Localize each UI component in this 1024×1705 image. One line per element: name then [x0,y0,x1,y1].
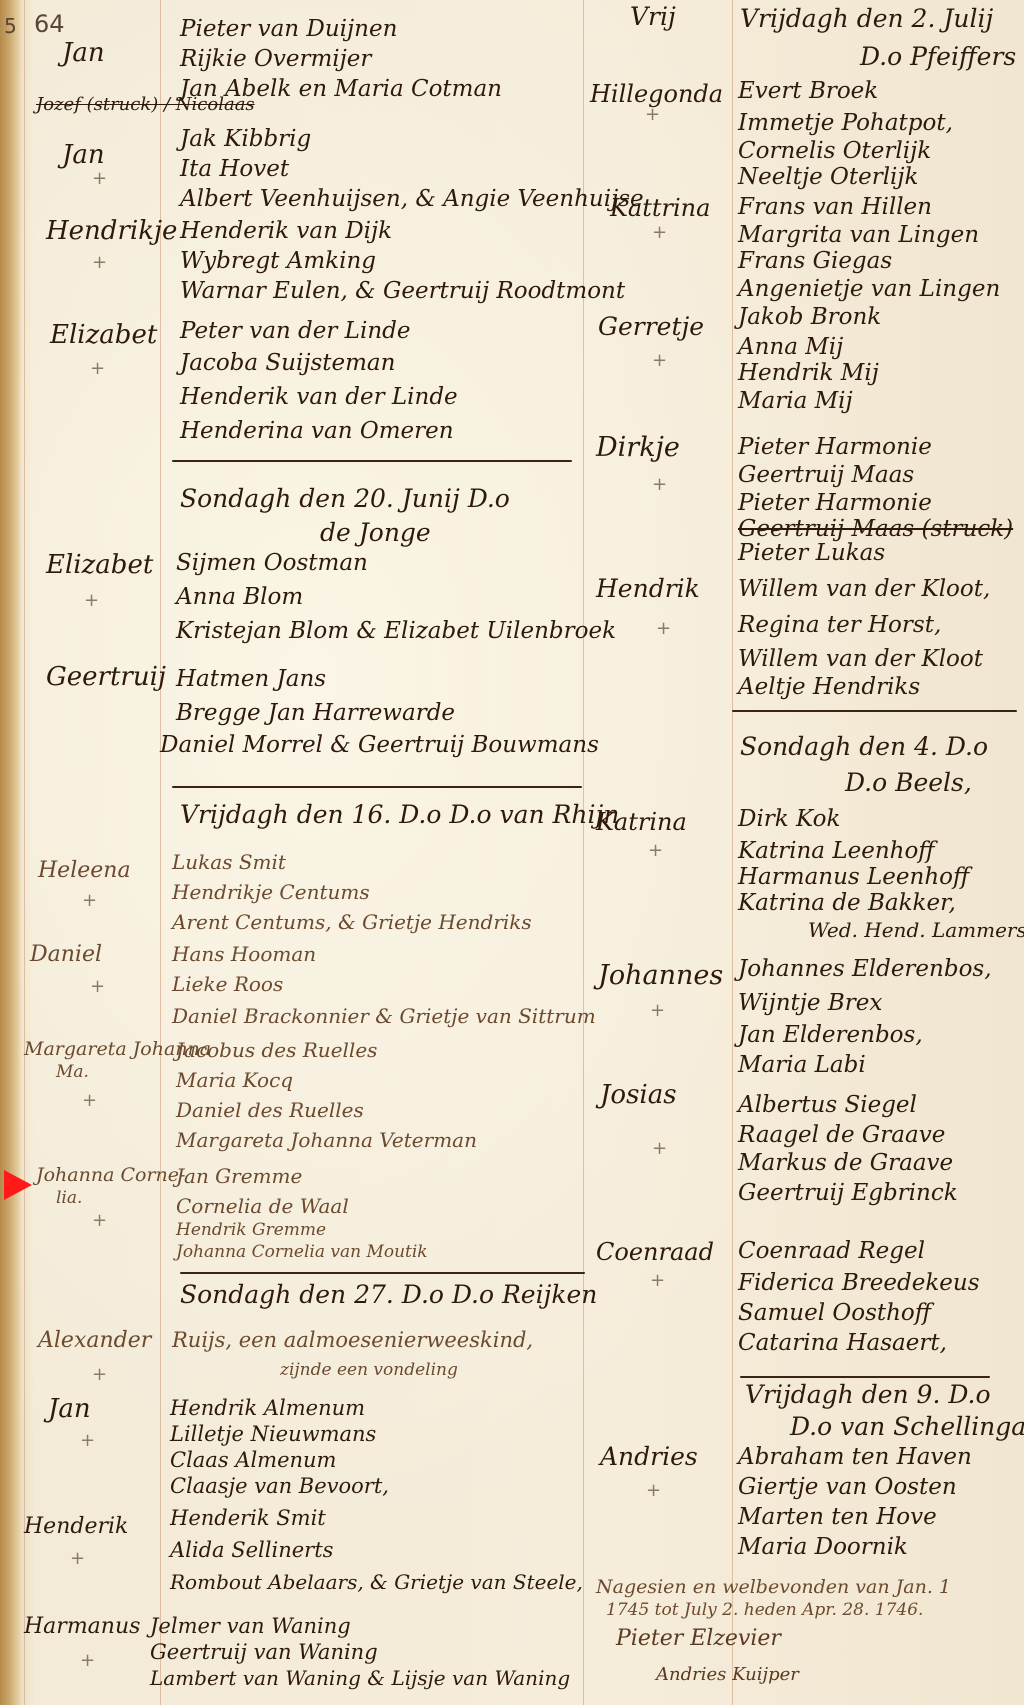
child-name: Gerretje [598,314,704,339]
sponsor: Samuel Oosthoff [738,1302,931,1325]
child-name: Elizabet [46,552,153,578]
sponsor: Frans Giegas [738,250,892,273]
sponsor: Pieter Lukas [738,542,885,565]
deceased-cross-icon: + [80,1650,95,1671]
sponsor: Katrina de Bakker, [738,892,956,915]
child-name: Kattrina [610,196,710,220]
sponsor: Warnar Eulen, & Geertruij Roodtmont [180,280,625,303]
deceased-cross-icon: + [84,590,99,611]
child-name: Coenraad [596,1240,714,1264]
sponsor: Wijntje Brex [738,992,882,1015]
sponsor: Frans van Hillen [738,196,932,219]
deceased-cross-icon: + [82,1090,97,1111]
sponsor: Maria Labi [738,1054,866,1077]
register-page: 5 64 Vrij Vrijdagh den 2. Julij D.o Pfei… [0,0,1024,1705]
sponsor: Cornelis Oterlijk [738,140,931,163]
child-name: Harmanus [24,1616,140,1638]
sponsor: Jacobus des Ruelles [176,1040,377,1060]
sponsor: Jakob Bronk [738,306,881,329]
heading-sondag-4: Sondagh den 4. D.o [740,734,988,759]
sponsor: Maria Kocq [176,1070,293,1090]
deceased-cross-icon: + [652,474,667,495]
column-rule-left [160,0,161,1705]
heading-minister-pfeiffers: D.o Pfeiffers [860,44,1016,69]
sponsor: Henderik van der Linde [180,386,458,409]
margin-rule-outer [24,0,25,1705]
sponsor: Jelmer van Waning [150,1616,351,1637]
deceased-cross-icon: + [650,1270,665,1291]
sponsor: Marten ten Hove [738,1506,937,1529]
deceased-cross-icon: + [92,252,107,273]
child-name: Jan [48,1396,91,1422]
sponsor: Willem van der Kloot, [738,578,990,601]
deceased-cross-icon: + [648,840,663,861]
sponsor: Kristejan Blom & Elizabet Uilenbroek [176,620,616,643]
sponsor: Hendrik Mij [738,362,879,385]
section-divider [172,460,572,462]
heading-minister-de-jonge: de Jonge [320,520,431,545]
sponsor: Pieter Harmonie [738,492,932,515]
sponsor: Lambert van Waning & Lijsje van Waning [150,1668,570,1688]
child-name: Johannes [598,962,723,989]
sponsor: Fiderica Breedekeus [738,1272,980,1295]
sponsor: Immetje Pohatpot, [738,112,953,135]
sponsor: Hatmen Jans [176,668,326,691]
deceased-cross-icon: + [80,1430,95,1451]
sponsor: Alida Sellinerts [170,1540,333,1561]
book-binding [0,0,22,1705]
sponsor: Ruijs, een aalmoesenierweeskind, [172,1330,533,1351]
child-name: Elizabet [50,322,157,348]
section-divider [180,1272,585,1274]
page-number: 64 [34,10,65,38]
sponsor: Giertje van Oosten [738,1476,957,1499]
sponsor: Henderik Smit [170,1508,326,1529]
sponsor: Pieter Harmonie [738,436,932,459]
sponsor: Dirk Kok [738,808,840,831]
sponsor: Daniel Morrel & Geertruij Bouwmans [160,734,599,757]
child-name: Heleena [38,860,131,882]
sponsor: Rijkie Overmijer [180,48,371,71]
child-name: Katrina [596,810,687,834]
sponsor: Anna Blom [176,586,303,609]
sponsor: Margrita van Lingen [738,224,979,247]
sponsor: Albertus Siegel [738,1094,917,1117]
sponsor: Geertruij Maas [738,464,914,487]
sponsor: Catarina Hasaert, [738,1332,947,1355]
deceased-cross-icon: + [70,1548,85,1569]
child-name: Hillegonda [590,82,723,106]
section-divider [172,786,582,788]
child-name: Henderik [24,1516,128,1538]
heading-vrijdag-16: Vrijdagh den 16. D.o D.o van Rhijn [180,802,619,827]
sponsor: Maria Mij [738,390,853,413]
section-divider [740,1376,990,1378]
child-name: Dirkje [596,434,680,461]
column-rule-right [732,0,733,1705]
child-name: Hendrik [596,576,700,601]
child-name: Andries [600,1444,698,1469]
audit-note-line2: 1745 tot July 2. heden Apr. 28. 1746. [606,1602,923,1619]
deceased-cross-icon: + [645,104,660,125]
sponsor: Wybregt Amking [180,250,376,273]
heading-minister-van-schellinga: D.o van Schellinga [790,1414,1024,1439]
sponsor: Johannes Elderenbos, [738,958,992,981]
heading-sondag-27: Sondagh den 27. D.o D.o Reijken [180,1282,597,1307]
sponsor: Peter van der Linde [180,320,410,343]
deceased-cross-icon: + [652,350,667,371]
deceased-cross-icon: + [90,358,105,379]
sponsor-note: Wed. Hend. Lammers [808,920,1024,940]
sponsor: Coenraad Regel [738,1240,925,1263]
sponsor: zijnde een vondeling [280,1362,458,1379]
sponsor: Daniel Brackonnier & Grietje van Sittrum [172,1006,596,1026]
sponsor: Maria Doornik [738,1536,908,1559]
sponsor: Angenietje van Lingen [738,278,1000,301]
child-name-continued: Ma. [56,1064,89,1081]
sponsor: Hendrik Gremme [176,1222,326,1239]
child-name-continued: lia. [56,1190,82,1207]
heading-minister-beels: D.o Beels, [845,770,972,795]
sponsor: Henderina van Omeren [180,420,454,443]
deceased-cross-icon: + [646,1480,661,1501]
sponsor: Claas Almenum [170,1450,336,1471]
deceased-cross-icon: + [656,618,671,639]
child-name: Jan [62,142,105,168]
deceased-cross-icon: + [92,1210,107,1231]
sponsor: Jacoba Suijsteman [180,352,395,375]
sponsor: Neeltje Oterlijk [738,166,919,189]
child-name: Jan [62,40,105,66]
sponsor: Jan Gremme [176,1166,302,1186]
sponsor: Ita Hovet [180,158,289,181]
sponsor: Henderik van Dijk [180,220,392,243]
sponsor: Hendrikje Centums [172,882,370,902]
sponsor: Daniel des Ruelles [176,1100,364,1120]
sponsor: Jak Kibbrig [180,128,311,151]
heading-sondag-20-junij: Sondagh den 20. Junij D.o [180,486,510,511]
sponsor: Aeltje Hendriks [738,676,920,699]
deceased-cross-icon: + [652,222,667,243]
sponsor: Hendrik Almenum [170,1398,365,1419]
deceased-cross-icon: + [82,890,97,911]
deceased-cross-icon: + [92,1364,107,1385]
sponsor: Evert Broek [738,80,878,103]
sponsor: Bregge Jan Harrewarde [176,702,455,725]
sponsor: Abraham ten Haven [738,1446,972,1469]
child-name: Geertruij [46,664,166,690]
sponsor: Lieke Roos [172,974,283,994]
sponsor: Anna Mij [738,336,843,359]
top-label: Vrij [630,4,676,29]
signature-2: Andries Kuijper [656,1666,799,1684]
section-divider [732,710,1017,712]
deceased-cross-icon: + [652,1138,667,1159]
signature-1: Pieter Elzevier [616,1628,781,1650]
sponsor: Sijmen Oostman [176,552,368,575]
sponsor: Albert Veenhuijsen, & Angie Veenhuijse [180,188,644,211]
sponsor: Katrina Leenhoff [738,840,935,863]
child-name: Alexander [38,1330,151,1352]
sponsor: Harmanus Leenhoff [738,866,969,889]
deceased-cross-icon: + [90,976,105,997]
child-name: Daniel [30,944,102,966]
sponsor: Raagel de Graave [738,1124,945,1147]
sponsor: Jan Elderenbos, [738,1024,923,1047]
sponsor: Regina ter Horst, [738,614,941,637]
sponsor: Jan Abelk en Maria Cotman [180,78,502,101]
sponsor: Lukas Smit [172,852,286,872]
child-name-highlighted: Johanna Corne- [36,1166,185,1185]
sponsor: Geertruij van Waning [150,1642,378,1663]
sponsor: Margareta Johanna Veterman [176,1130,477,1150]
deceased-cross-icon: + [92,168,107,189]
sponsor: Pieter van Duijnen [180,18,397,41]
heading-vrijdag-2-julij: Vrijdagh den 2. Julij [740,6,993,31]
sponsor: Markus de Graave [738,1152,953,1175]
sponsor: Willem van der Kloot [738,648,983,671]
sponsor: Geertruij Egbrinck [738,1182,958,1205]
heading-vrijdag-9: Vrijdagh den 9. D.o [745,1382,991,1407]
child-name: Hendrikje [46,218,177,244]
sponsor: Cornelia de Waal [176,1196,349,1216]
sponsor-struck: Geertruij Maas (struck) [738,518,1013,541]
sponsor: Hans Hooman [172,944,316,964]
audit-note-line1: Nagesien en welbevonden van Jan. 1 [596,1578,951,1597]
sponsor: Johanna Cornelia van Moutik [176,1244,428,1261]
child-name: Josias [600,1082,677,1108]
sponsor: Lilletje Nieuwmans [170,1424,376,1445]
sponsor: Claasje van Bevoort, [170,1476,389,1497]
margin-mark: 5 [4,14,17,38]
sponsor: Rombout Abelaars, & Grietje van Steele, [170,1572,583,1592]
sponsor: Arent Centums, & Grietje Hendriks [172,912,532,932]
column-rule-middle [583,0,584,1705]
highlight-marker-arrow-icon [4,1170,32,1200]
deceased-cross-icon: + [650,1000,665,1021]
